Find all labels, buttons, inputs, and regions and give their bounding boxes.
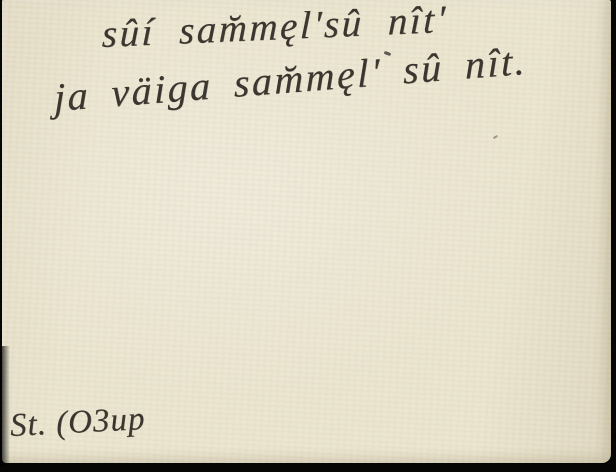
corner-annotation: St. (O3up <box>9 401 146 445</box>
ink-speck <box>493 135 498 140</box>
scan-frame: sûí sam̆męl'sû nît' ja väiga sam̆męl' sû… <box>0 0 616 472</box>
index-card: sûí sam̆męl'sû nît' ja väiga sam̆męl' sû… <box>2 0 611 463</box>
